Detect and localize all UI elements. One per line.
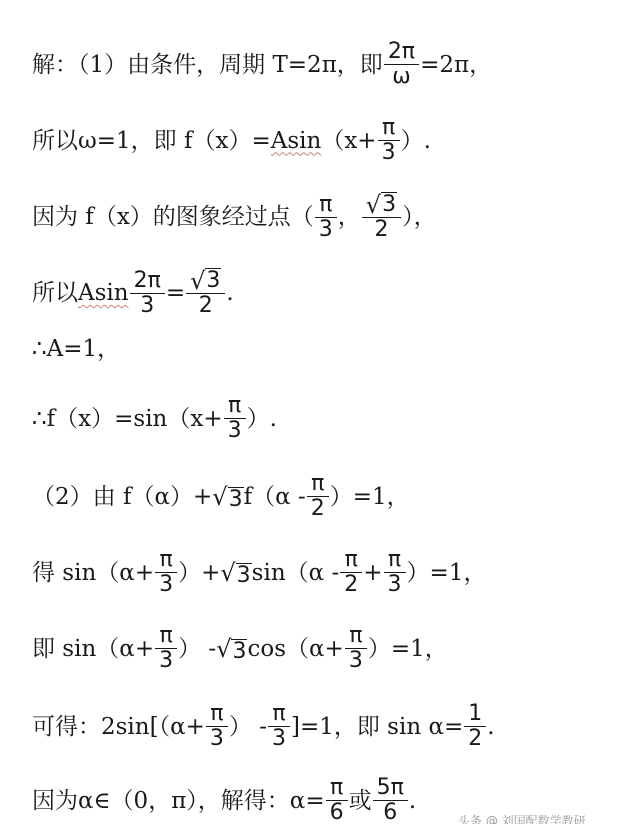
fraction-pi-over-3: π3 xyxy=(384,548,406,597)
solution-line-1: 解：（1）由条件，周期 T=2π，即 2πω =2π， xyxy=(32,40,492,89)
fraction-pi-over-3: π3 xyxy=(345,624,367,673)
watermark: 头条 @ 刘国配数学教研 xyxy=(458,812,586,824)
sqrt-icon: √ xyxy=(366,193,381,217)
sqrt-3: √3 xyxy=(220,558,251,588)
solution-line-8: 得 sin（α+ π3 ）+ √3 sin（α - π2 + π3 ）=1， xyxy=(32,548,486,597)
solution-line-9: 即 sin（α+ π3 ） - √3 cos（α+ π3 ）=1， xyxy=(32,624,448,673)
sqrt-icon: √ xyxy=(216,634,231,664)
fraction-pi-over-6: π6 xyxy=(326,776,348,824)
spellcheck-word-asin: Asin xyxy=(78,278,129,308)
fraction-pi-over-3: π3 xyxy=(155,624,177,673)
fraction-sqrt3-over-2: √32 xyxy=(362,192,401,242)
solution-line-7: （2）由 f（α）+ √3 f（α - π2 ）=1， xyxy=(32,472,410,521)
solution-line-2: 所以ω=1，即 f（x）= Asin （x+ π3 ）. xyxy=(32,116,431,165)
fraction-pi-over-2: π2 xyxy=(340,548,362,597)
fraction-2pi-over-3: 2π3 xyxy=(130,269,165,318)
fraction-pi-over-3: π3 xyxy=(268,702,290,751)
fraction-pi-over-3: π3 xyxy=(206,702,228,751)
spellcheck-word-asin: Asin xyxy=(271,126,322,156)
solution-line-6: ∴f（x）=sin（x+ π3 ）. xyxy=(32,394,277,443)
fraction-sqrt3-over-2: √32 xyxy=(186,268,225,318)
fraction-pi-over-3: π3 xyxy=(155,548,177,597)
sqrt-3: √3 xyxy=(216,634,247,664)
solution-line-4: 所以 Asin 2π3 = √32 . xyxy=(32,268,234,318)
line-text: 解：（1）由条件，周期 T=2π，即 xyxy=(32,50,383,80)
solution-line-11: 因为α∈（0，π），解得：α= π6 或 5π6 . xyxy=(32,776,416,824)
fraction-5pi-over-6: 5π6 xyxy=(373,776,408,824)
fraction-pi-over-3: π3 xyxy=(224,394,246,443)
solution-line-3: 因为 f（x）的图象经过点（ π3 ， √32 ）， xyxy=(32,192,437,242)
solution-line-10: 可得：2sin[（α+ π3 ） - π3 ]=1，即 sin α= 12 . xyxy=(32,702,495,751)
fraction-pi-over-3: π3 xyxy=(378,116,400,165)
sqrt-icon: √ xyxy=(220,558,235,588)
fraction-1-over-2: 12 xyxy=(464,702,486,751)
fraction-pi-over-2: π2 xyxy=(307,472,329,521)
fraction-2pi-over-omega: 2πω xyxy=(384,40,419,89)
sqrt-icon: √ xyxy=(212,482,227,512)
fraction-pi-over-3: π3 xyxy=(315,193,337,242)
solution-line-5: ∴A=1， xyxy=(32,334,120,364)
sqrt-icon: √ xyxy=(190,269,205,293)
sqrt-3: √3 xyxy=(212,482,243,512)
